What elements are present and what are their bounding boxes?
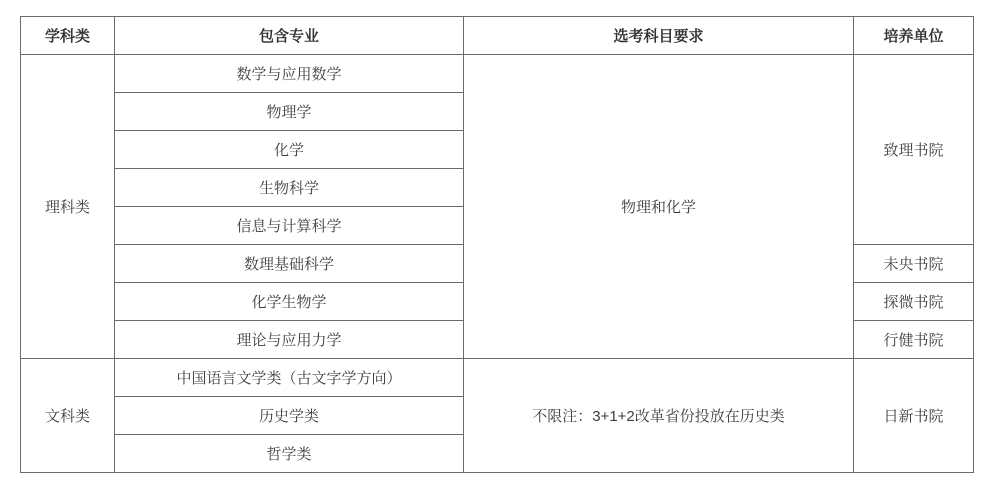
- page: 学科类 包含专业 选考科目要求 培养单位 理科类 数学与应用数学 物理和化学 致…: [0, 0, 987, 500]
- cell-unit-zhili: 致理书院: [854, 55, 974, 245]
- cell-major-philosophy: 哲学类: [115, 435, 464, 473]
- cell-unit-tanwei: 探微书院: [854, 283, 974, 321]
- cell-major-math-applied-math: 数学与应用数学: [115, 55, 464, 93]
- header-included-majors: 包含专业: [115, 17, 464, 55]
- cell-major-theoretical-applied-mechanics: 理论与应用力学: [115, 321, 464, 359]
- cell-major-physics: 物理学: [115, 93, 464, 131]
- cell-major-chemistry: 化学: [115, 131, 464, 169]
- cell-category-liberal-arts: 文科类: [21, 359, 115, 473]
- cell-major-info-computing-science: 信息与计算科学: [115, 207, 464, 245]
- cell-requirement-liberal-arts: 不限注：3+1+2改革省份投放在历史类: [464, 359, 854, 473]
- cell-unit-xingjian: 行健书院: [854, 321, 974, 359]
- table-row: 理科类 数学与应用数学 物理和化学 致理书院: [21, 55, 974, 93]
- header-row: 学科类 包含专业 选考科目要求 培养单位: [21, 17, 974, 55]
- header-training-unit: 培养单位: [854, 17, 974, 55]
- header-subject-category: 学科类: [21, 17, 115, 55]
- admission-table: 学科类 包含专业 选考科目要求 培养单位 理科类 数学与应用数学 物理和化学 致…: [20, 16, 974, 473]
- cell-major-history: 历史学类: [115, 397, 464, 435]
- cell-major-chemical-biology: 化学生物学: [115, 283, 464, 321]
- cell-major-chinese-language-literature: 中国语言文学类（古文字学方向）: [115, 359, 464, 397]
- cell-category-science: 理科类: [21, 55, 115, 359]
- table-row: 文科类 中国语言文学类（古文字学方向） 不限注：3+1+2改革省份投放在历史类 …: [21, 359, 974, 397]
- cell-major-math-physics-fundamentals: 数理基础科学: [115, 245, 464, 283]
- cell-unit-rixin: 日新书院: [854, 359, 974, 473]
- header-exam-requirements: 选考科目要求: [464, 17, 854, 55]
- cell-major-biological-science: 生物科学: [115, 169, 464, 207]
- cell-requirement-science: 物理和化学: [464, 55, 854, 359]
- cell-unit-weiyang: 未央书院: [854, 245, 974, 283]
